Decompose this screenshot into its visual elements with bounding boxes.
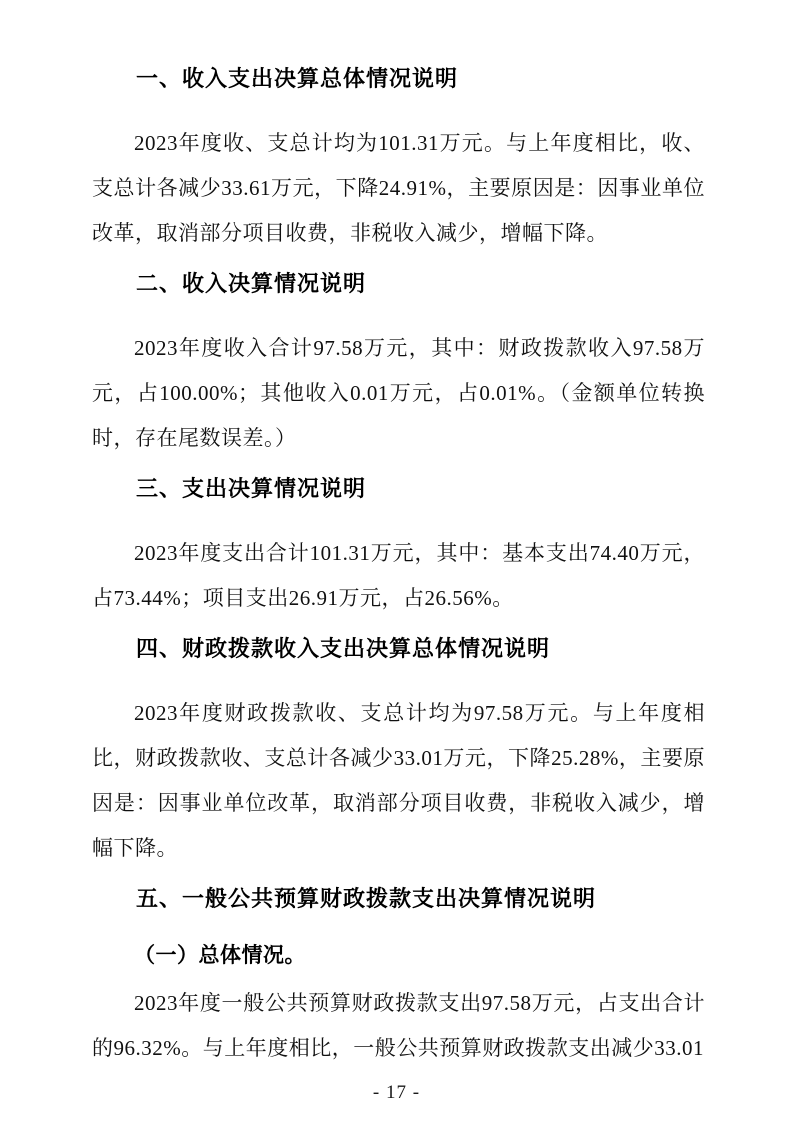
- section-fiscal-appropriation-overview: 四、财政拨款收入支出决算总体情况说明 2023年度财政拨款收、支总计均为97.5…: [92, 635, 705, 871]
- page-number: - 17 -: [373, 1082, 420, 1103]
- section-3-paragraph-1: 2023年度支出合计101.31万元，其中：基本支出74.40万元，占73.44…: [92, 531, 705, 621]
- section-4-heading: 四、财政拨款收入支出决算总体情况说明: [92, 635, 705, 663]
- section-5-paragraph-1: 2023年度一般公共预算财政拨款支出97.58万元，占支出合计的96.32%。与…: [92, 981, 705, 1071]
- section-2-paragraph-1: 2023年度收入合计97.58万元，其中：财政拨款收入97.58万元，占100.…: [92, 326, 705, 461]
- section-general-public-budget-expenditure: 五、一般公共预算财政拨款支出决算情况说明 （一）总体情况。 2023年度一般公共…: [92, 885, 705, 1071]
- subsection-5-1-heading: （一）总体情况。: [92, 941, 705, 969]
- section-3-heading: 三、支出决算情况说明: [92, 475, 705, 503]
- section-income-statement: 二、收入决算情况说明 2023年度收入合计97.58万元，其中：财政拨款收入97…: [92, 270, 705, 461]
- section-2-heading: 二、收入决算情况说明: [92, 270, 705, 298]
- section-income-expenditure-overview: 一、收入支出决算总体情况说明 2023年度收、支总计均为101.31万元。与上年…: [92, 65, 705, 256]
- section-expenditure-statement: 三、支出决算情况说明 2023年度支出合计101.31万元，其中：基本支出74.…: [92, 475, 705, 621]
- page-footer: - 17 -: [0, 1082, 793, 1104]
- section-1-paragraph-1: 2023年度收、支总计均为101.31万元。与上年度相比，收、支总计各减少33.…: [92, 121, 705, 256]
- section-1-heading: 一、收入支出决算总体情况说明: [92, 65, 705, 93]
- document-page: 一、收入支出决算总体情况说明 2023年度收、支总计均为101.31万元。与上年…: [0, 0, 793, 1122]
- section-4-paragraph-1: 2023年度财政拨款收、支总计均为97.58万元。与上年度相比，财政拨款收、支总…: [92, 691, 705, 871]
- section-5-heading: 五、一般公共预算财政拨款支出决算情况说明: [92, 885, 705, 913]
